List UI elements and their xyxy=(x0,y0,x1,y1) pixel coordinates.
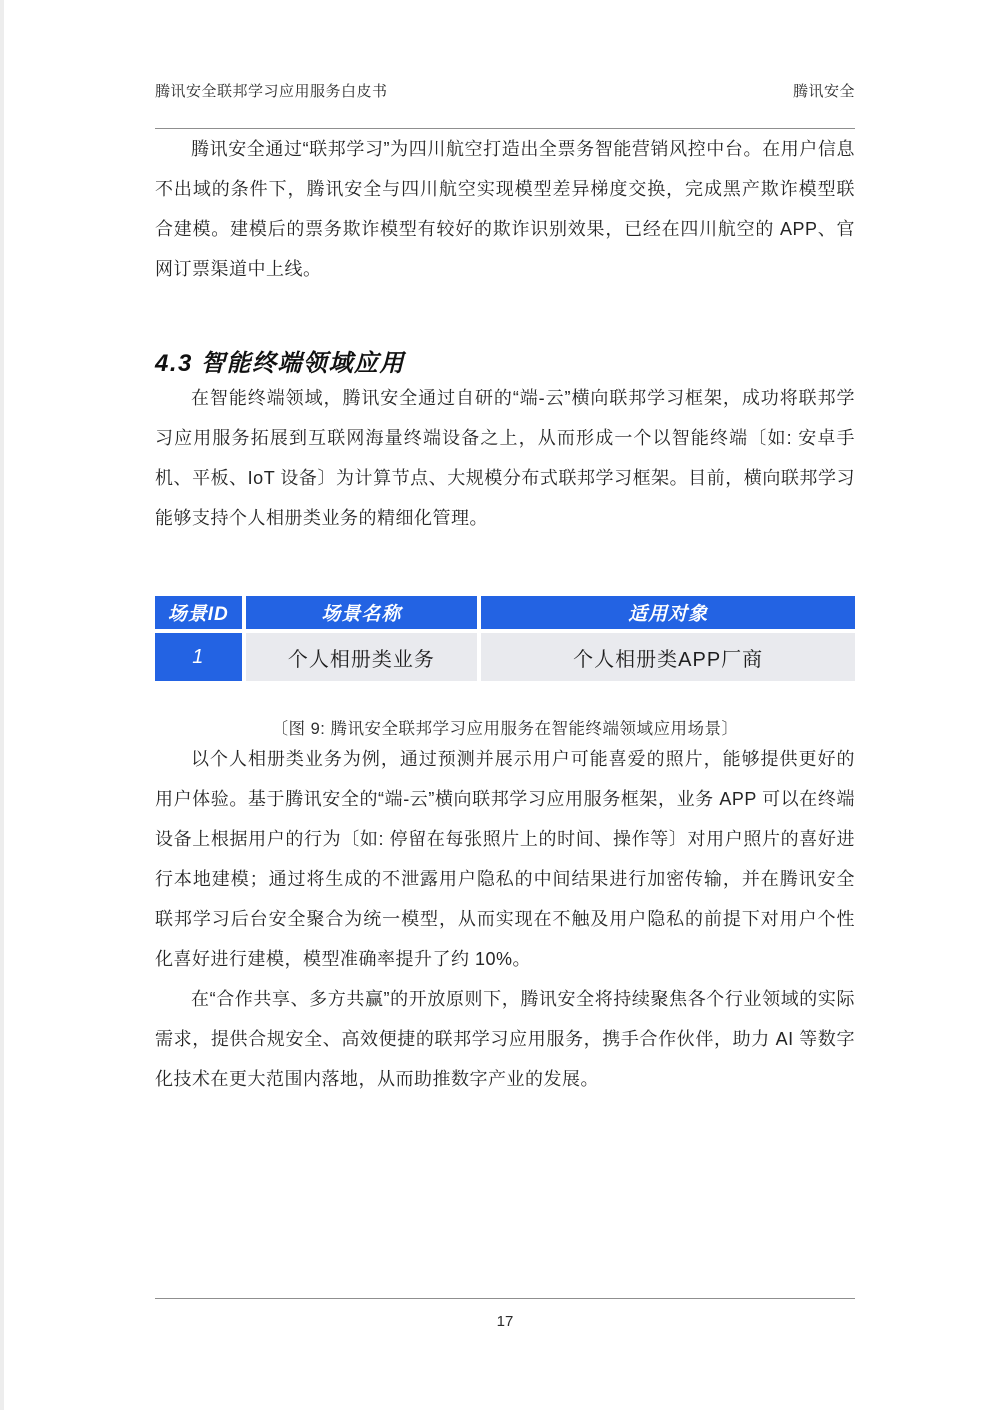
table-row: 1 个人相册类业务 个人相册类APP厂商 xyxy=(155,633,855,681)
table-header-target: 适用对象 xyxy=(481,596,855,629)
table-header-scene-name: 场景名称 xyxy=(246,596,478,629)
paragraph-terminal-intro: 在智能终端领域，腾讯安全通过自研的“端-云”横向联邦学习框架，成功将联邦学习应用… xyxy=(155,378,855,538)
footer-divider xyxy=(155,1298,855,1299)
scenario-table: 场景ID 场景名称 适用对象 1 个人相册类业务 个人相册类APP厂商 xyxy=(151,592,859,685)
table-header-row: 场景ID 场景名称 适用对象 xyxy=(155,596,855,629)
document-page: 腾讯安全联邦学习应用服务白皮书 腾讯安全 腾讯安全通过“联邦学习”为四川航空打造… xyxy=(0,0,998,1410)
table-cell-target: 个人相册类APP厂商 xyxy=(481,633,855,681)
page-number: 17 xyxy=(155,1313,855,1330)
figure-caption: 〔图 9: 腾讯安全联邦学习应用服务在智能终端领域应用场景〕 xyxy=(155,715,855,739)
section-heading-4-3: 4.3 智能终端领域应用 xyxy=(155,343,855,378)
paragraph-csair-case: 腾讯安全通过“联邦学习”为四川航空打造出全票务智能营销风控中台。在用户信息不出域… xyxy=(155,129,855,289)
page-footer: 17 xyxy=(155,1298,855,1330)
header-brand-right: 腾讯安全 xyxy=(793,80,855,101)
table-cell-scene-name: 个人相册类业务 xyxy=(246,633,478,681)
paragraph-closing: 在“合作共享、多方共赢”的开放原则下，腾讯安全将持续聚焦各个行业领域的实际需求，… xyxy=(155,979,855,1099)
header-title-left: 腾讯安全联邦学习应用服务白皮书 xyxy=(155,80,388,101)
table-header-scene-id: 场景ID xyxy=(155,596,242,629)
running-header: 腾讯安全联邦学习应用服务白皮书 腾讯安全 xyxy=(155,80,855,101)
paragraph-photo-album-example: 以个人相册类业务为例，通过预测并展示用户可能喜爱的照片，能够提供更好的用户体验。… xyxy=(155,739,855,979)
table-cell-scene-id: 1 xyxy=(155,633,242,681)
